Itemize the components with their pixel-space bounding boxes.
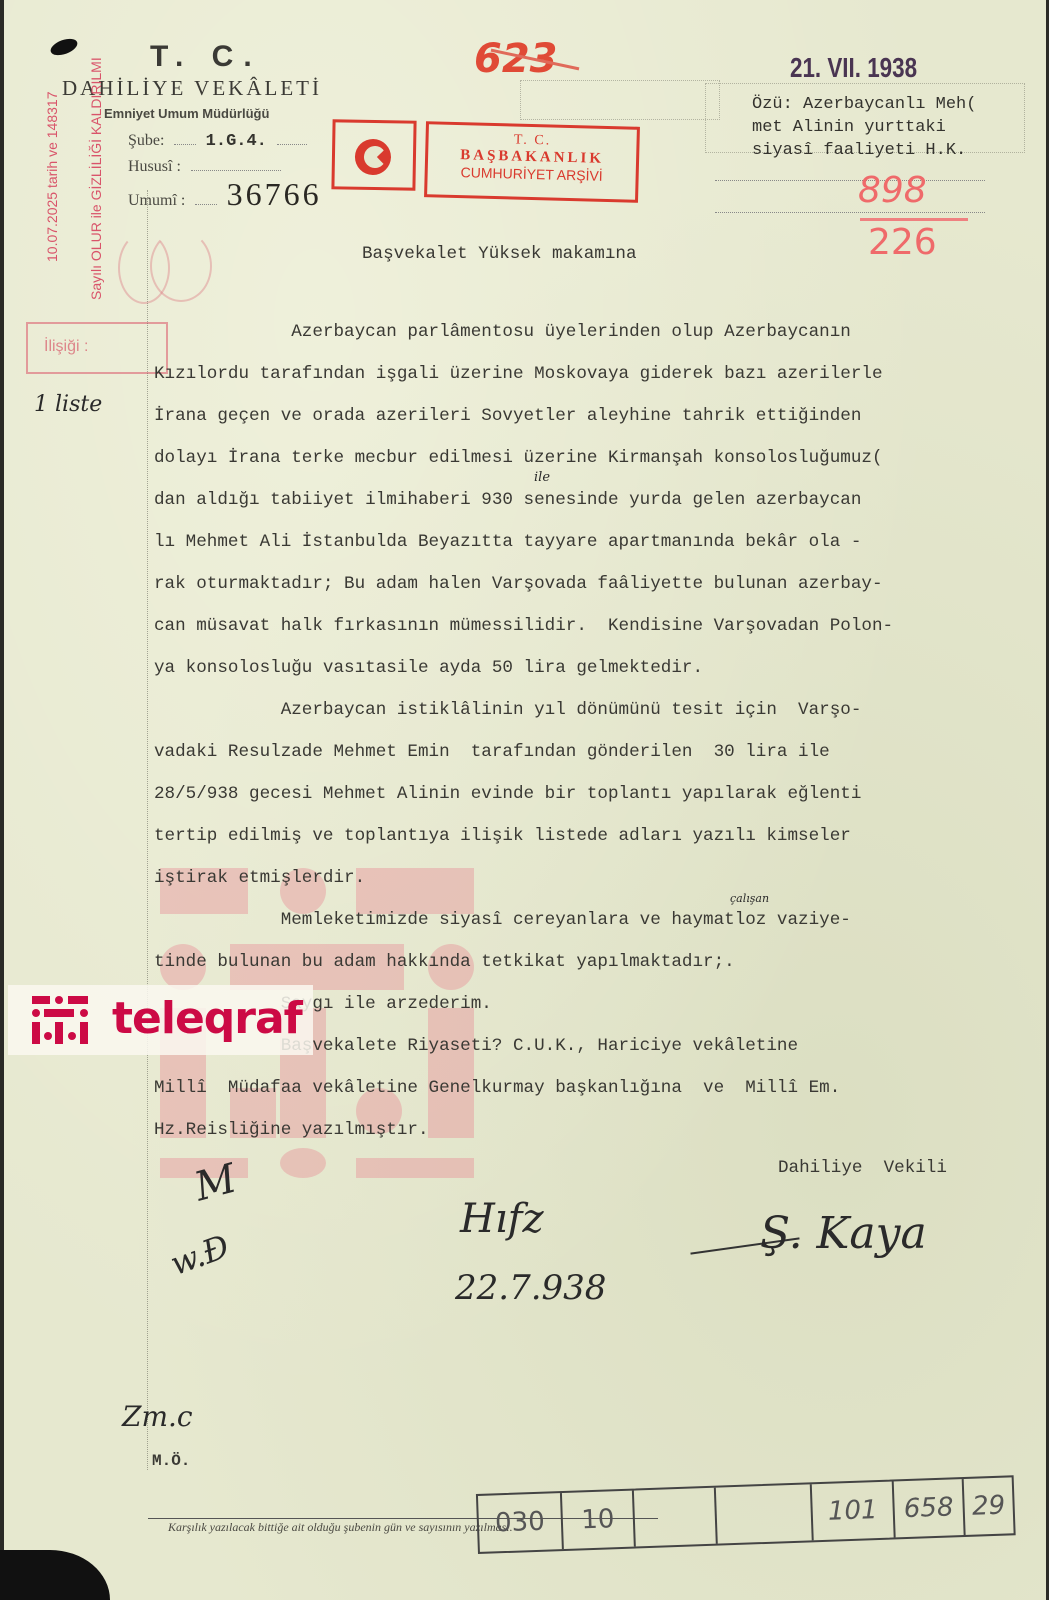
torn-corner bbox=[0, 1550, 110, 1600]
signatory-title: Dahiliye Vekili bbox=[778, 1158, 947, 1178]
body-line: Memleketimizde siyasî cereyanlara ve hay… bbox=[154, 910, 851, 930]
body-line: 28/5/938 gecesi Mehmet Alinin evinde bir… bbox=[154, 784, 861, 804]
body-line: dolayı İrana terke mecbur edilmesi üzeri… bbox=[154, 448, 883, 468]
ref-cell: 030 bbox=[478, 1493, 564, 1552]
body-line: dan aldığı tabiiyet ilmihaberi 930 senes… bbox=[154, 490, 861, 510]
footer-note: Karşılık yazılacak bittiğe ait olduğu şu… bbox=[168, 1520, 513, 1535]
body-line: vadaki Resulzade Mehmet Emin tarafından … bbox=[154, 742, 830, 762]
body-line: tertip edilmiş ve toplantıya ilişik list… bbox=[154, 826, 851, 846]
ref-cell: 10 bbox=[562, 1491, 636, 1549]
header-tc: T. C. bbox=[150, 40, 262, 74]
interlinear-calisan: çalışan bbox=[730, 892, 769, 905]
sube-label: Şube: bbox=[128, 132, 164, 149]
body-line: Hz.Reisliğine yazılmıştır. bbox=[154, 1120, 429, 1140]
ref-cell bbox=[634, 1488, 718, 1547]
body-line: Azerbaycan istiklâlinin yıl dönümünü tes… bbox=[154, 700, 861, 720]
paper-damage-spot bbox=[48, 36, 79, 59]
body-line: Azerbaycan parlâmentosu üyelerinden olup… bbox=[154, 322, 851, 342]
body-line: iştirak etmişlerdir. bbox=[154, 868, 365, 888]
teleqraf-logo-text: teleqraf bbox=[112, 993, 302, 1044]
archive-reference-table: 030 10 101 658 29 bbox=[476, 1475, 1016, 1554]
addressee: Başvekalet Yüksek makamına bbox=[362, 244, 637, 264]
hususi-label: Hususî : bbox=[128, 158, 181, 175]
hususi-value bbox=[191, 170, 281, 171]
interlinear-ile: ile bbox=[534, 470, 550, 485]
dotted-rule-2 bbox=[715, 212, 985, 213]
hususi-row: Hususî : bbox=[128, 158, 281, 176]
typist-initials: M.Ö. bbox=[152, 1452, 190, 1470]
margin-note: 1 liste bbox=[34, 392, 102, 417]
subject-line3: siyasî faaliyeti H.K. bbox=[752, 139, 976, 162]
body-line: Kızılordu tarafından işgali üzerine Mosk… bbox=[154, 364, 883, 384]
sube-row: Şube: 1.G.4. bbox=[128, 132, 307, 151]
initials-handwritten-2: w.Ð bbox=[165, 1227, 234, 1283]
sube-value: 1.G.4. bbox=[206, 132, 267, 151]
red-number-fraction-top: 898 bbox=[858, 170, 927, 211]
umumi-value: 36766 bbox=[227, 176, 322, 212]
ref-cell: 101 bbox=[812, 1481, 896, 1540]
margin-rule bbox=[147, 190, 148, 1470]
subject-line1: Özü: Azerbaycanlı Meh( bbox=[752, 93, 976, 116]
declassification-stamp-line2: Sayılı OLUR ile GİZLİLİĞİ KALDIRILMI bbox=[88, 57, 104, 300]
faint-grid-box bbox=[520, 80, 720, 120]
body-line: lı Mehmet Ali İstanbulda Beyazıtta tayya… bbox=[154, 532, 861, 552]
date-stamp: 21. VII. 1938 bbox=[790, 52, 917, 84]
teleqraf-logo-icon bbox=[32, 996, 88, 1048]
subject-block: Özü: Azerbaycanlı Meh( met Alinin yurtta… bbox=[752, 93, 976, 162]
subject-line2: met Alinin yurttaki bbox=[752, 116, 976, 139]
ilisigi-label: İlişiği : bbox=[44, 338, 88, 356]
body-line: tinde bulunan bu adam hakkında tetkikat … bbox=[154, 952, 735, 972]
directorate-title: Emniyet Umum Müdürlüğü bbox=[104, 106, 269, 121]
declassification-stamp-line1: 10.07.2025 tarih ve 148317 bbox=[44, 92, 60, 262]
hifz-note: Hıfz bbox=[460, 1196, 544, 1242]
red-number-top: 623 bbox=[474, 36, 558, 82]
body-line: ya konsolosluğu vasıtasile ayda 50 lira … bbox=[154, 658, 703, 678]
umumi-label: Umumî : bbox=[128, 192, 185, 209]
archive-stamp: T. C. BAŞBAKANLIK CUMHURİYET ARŞİVİ bbox=[424, 121, 640, 203]
ref-cell bbox=[716, 1484, 814, 1543]
hifz-date: 22.7.938 bbox=[455, 1268, 606, 1308]
ref-cell: 29 bbox=[964, 1477, 1014, 1535]
red-number-fraction-bottom: 226 bbox=[868, 222, 937, 263]
umumi-row: Umumî : 36766 bbox=[128, 176, 322, 213]
fraction-bar bbox=[860, 218, 968, 221]
crescent-icon bbox=[355, 139, 392, 176]
body-line: can müsavat halk fırkasının mümessilidir… bbox=[154, 616, 893, 636]
faint-round-stamp-right bbox=[150, 230, 212, 302]
page-edge-left bbox=[0, 0, 4, 1600]
dotted-rule-1 bbox=[715, 180, 985, 181]
body-line: rak oturmaktadır; Bu adam halen Varşovad… bbox=[154, 574, 883, 594]
body-line: İrana geçen ve orada azerileri Sovyetler… bbox=[154, 406, 861, 426]
body-line: Millî Müdafaa vekâletine Genelkurmay baş… bbox=[154, 1078, 840, 1098]
minister-signature: Ş. Kaya bbox=[760, 1208, 927, 1259]
ref-cell: 658 bbox=[894, 1479, 966, 1537]
bottom-handwriting: Zm.c bbox=[122, 1400, 193, 1433]
archive-stamp-emblem-box bbox=[331, 119, 416, 190]
